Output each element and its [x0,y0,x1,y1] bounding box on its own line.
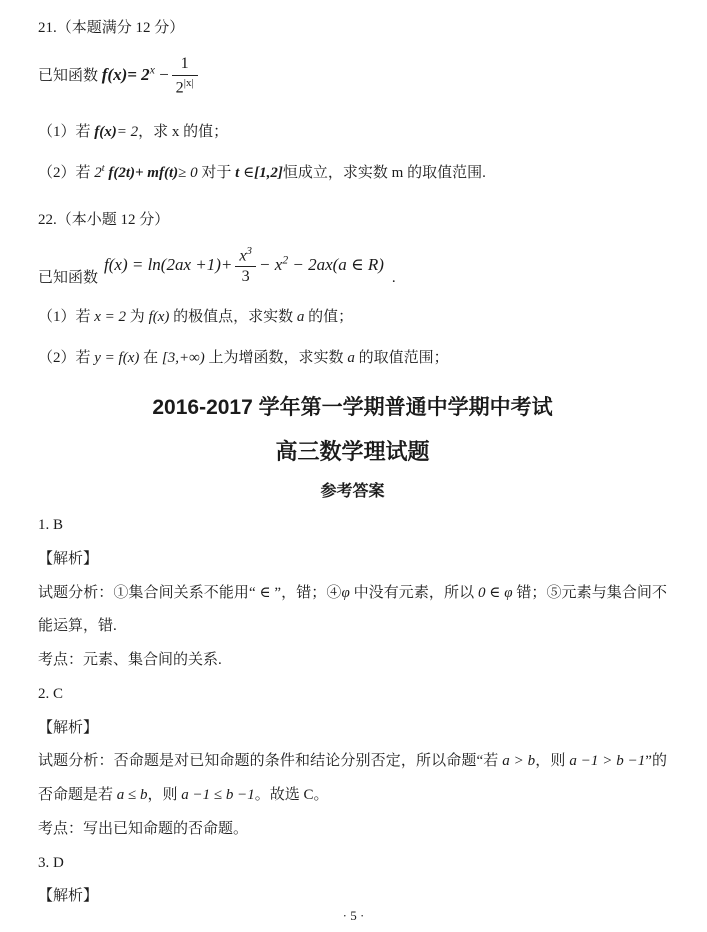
formula-22: f(x) = ln(2ax +1)+x33− x2 − 2ax(a ∈ R) [104,245,384,288]
answer-1: 1. B 【解析】 试题分析：①集合间关系不能用“ ∈ ”，错；④φ 中没有元素… [38,509,667,678]
math-run: f(x) [94,124,117,140]
math-run: a [347,350,355,366]
answer-number: 2. C [38,678,667,712]
math-run: a > b [502,753,535,769]
text-run: ，求 x 的值； [138,124,228,140]
formula-21: f(x)= 2x −12|x| [102,65,201,84]
text-run: （1）若 [38,309,94,325]
text-run: ”，错；④ [271,585,342,601]
math-run: x [239,247,246,264]
text-run: 。故选 C。 [255,787,329,803]
period: . [392,270,396,287]
answer-number: 1. B [38,509,667,543]
text-run: （2）若 [38,350,94,366]
text-run: （1）若 [38,124,94,140]
fraction: 12|x| [172,55,198,98]
math-run: 2 [176,79,184,96]
math-run: ∈ [243,165,254,181]
math-run: f(2t)+ mf(t) [105,165,179,181]
math-run: ∈ [259,585,270,601]
reference-answers-heading: 参考答案 [38,478,667,501]
exam-point: 考点：写出已知命题的否命题。 [38,813,667,847]
text-run: （2）若 [38,165,94,181]
math-run: t [235,165,243,181]
question-22-heading: 22.（本小题 12 分） [38,208,667,229]
text-run: 中没有元素，所以 [350,585,478,601]
text-run: ，则 [148,787,182,803]
text-run: 在 [139,350,162,366]
math-run: φ [341,585,349,601]
fraction-numerator: x3 [235,245,256,268]
text-run: 的取值范围； [355,350,449,366]
exponent: x [150,64,155,77]
text-run: 试题分析：否命题是对已知命题的条件和结论分别否定，所以命题“若 [38,753,502,769]
math-run: ≥ 0 [178,165,201,181]
fraction-denominator: 3 [235,267,256,287]
fraction-denominator: 2|x| [172,76,198,98]
text-run: 的值； [304,309,353,325]
text-run: 试题分析：①集合间关系不能用“ [38,585,259,601]
fraction-numerator: 1 [172,55,198,76]
analysis-text: 试题分析：否命题是对已知命题的条件和结论分别否定，所以命题“若 a > b，则 … [38,745,667,813]
page-number: · 5 · [0,908,707,924]
math-run: y = f(x) [94,350,139,366]
minus-sign: − [159,65,169,84]
math-run: [3,+∞) [162,350,205,366]
question-21-item-1: （1）若 f(x)= 2，求 x 的值； [38,120,667,141]
answers-section: 1. B 【解析】 试题分析：①集合间关系不能用“ ∈ ”，错；④φ 中没有元素… [38,509,667,914]
question-22-statement: 已知函数 f(x) = ln(2ax +1)+x33− x2 − 2ax(a ∈… [38,245,667,288]
answer-3: 3. D 【解析】 [38,847,667,915]
math-run: f(x) = ln(2ax +1)+ [104,255,232,274]
math-run: 2 [94,165,102,181]
math-run: a ≤ b [117,787,148,803]
math-run: 0 ∈ φ [478,585,513,601]
math-run: − x [259,255,282,274]
math-run: = 2 [117,124,138,140]
exam-point: 考点：元素、集合间的关系. [38,644,667,678]
text-run: ，则 [535,753,569,769]
question-21: 21.（本题满分 12 分） 已知函数 f(x)= 2x −12|x| （1）若… [38,16,667,182]
math-run: x = 2 [94,309,126,325]
math-run: a −1 ≤ b −1 [181,787,254,803]
math-run: − 2ax(a ∈ R) [288,255,384,274]
text-run: 为 [126,309,149,325]
question-22-item-1: （1）若 x = 2 为 f(x) 的极值点，求实数 a 的值； [38,305,667,326]
question-22: 22.（本小题 12 分） 已知函数 f(x) = ln(2ax +1)+x33… [38,208,667,368]
text-run: 对于 [201,165,235,181]
exam-title: 2016-2017 学年第一学期普通中学期中考试 [38,391,667,421]
text-run: 的极值点，求实数 [169,309,297,325]
exponent: |x| [184,77,194,89]
answer-number: 3. D [38,847,667,881]
math-run: = 2 [127,65,149,84]
math-run: [1,2] [254,165,283,181]
math-run: a −1 > b −1 [569,753,645,769]
question-21-statement: 已知函数 f(x)= 2x −12|x| [38,55,667,98]
analysis-text: 试题分析：①集合间关系不能用“ ∈ ”，错；④φ 中没有元素，所以 0 ∈ φ … [38,577,667,645]
analysis-label: 【解析】 [38,712,667,746]
question-21-item-2: （2）若 2t f(2t)+ mf(t)≥ 0 对于 t ∈[1,2]恒成立，求… [38,161,667,182]
math-run: f(x) [102,65,127,84]
question-22-item-2: （2）若 y = f(x) 在 [3,+∞) 上为增函数，求实数 a 的取值范围… [38,346,667,367]
exam-subtitle: 高三数学理试题 [38,435,667,466]
exam-paper-page: 21.（本题满分 12 分） 已知函数 f(x)= 2x −12|x| （1）若… [0,0,707,914]
text-run: 恒成立，求实数 m 的取值范围. [283,165,486,181]
question-21-heading: 21.（本题满分 12 分） [38,16,667,37]
math-run: f(x) [149,309,170,325]
fraction: x33 [235,245,256,288]
analysis-label: 【解析】 [38,543,667,577]
intro-label: 已知函数 [38,266,98,287]
answer-2: 2. C 【解析】 试题分析：否命题是对已知命题的条件和结论分别否定，所以命题“… [38,678,667,847]
intro-label: 已知函数 [38,68,102,84]
text-run: 上为增函数，求实数 [205,350,348,366]
exponent: 3 [247,245,252,257]
